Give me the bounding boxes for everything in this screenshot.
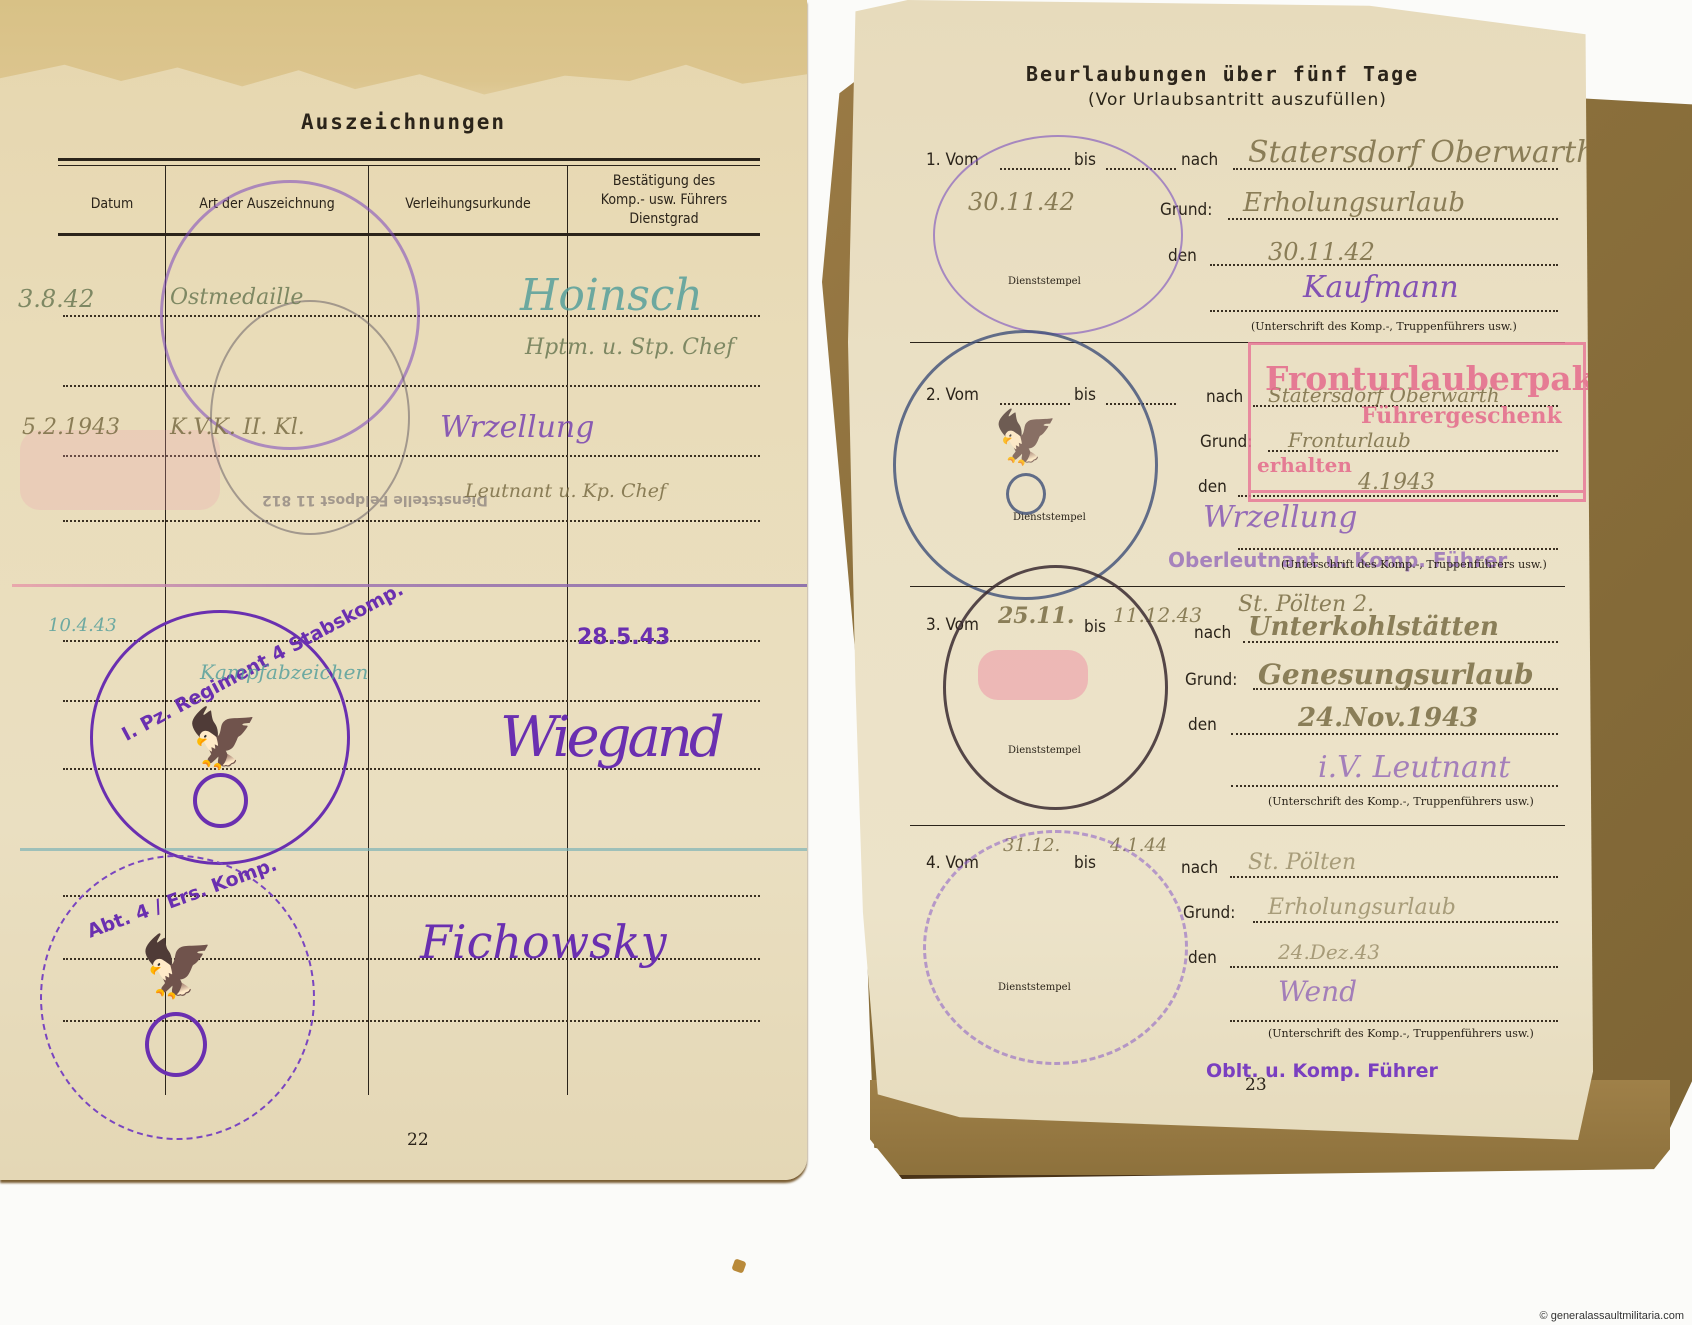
entry-rank: Hptm. u. Stp. Chef <box>525 335 734 360</box>
table-header-rule <box>58 233 760 236</box>
eagle-emblem-icon: 🦅 <box>148 703 298 773</box>
leave-4-grund: Erholungsurlaub <box>1268 895 1456 920</box>
leave-4-den-label: den <box>1188 948 1217 968</box>
leave-1-nach: Statersdorf Oberwarth <box>1248 135 1595 170</box>
wreath-emblem-icon <box>145 1012 207 1077</box>
leave-3-den-label: den <box>1188 715 1217 735</box>
regiment-stamp: I. Pz. Regiment 4 Stabskomp. 🦅 <box>90 610 350 865</box>
leave-2-den-label: den <box>1198 477 1227 497</box>
entry-date: 3.8.42 <box>18 285 94 313</box>
entry-line <box>63 385 760 387</box>
table-top-rule-thin <box>58 165 760 166</box>
leave-1-den: 30.11.42 <box>1268 238 1375 266</box>
signature-line <box>1231 785 1558 787</box>
page-title: Auszeichnungen <box>0 110 807 134</box>
rank-stamp: Oblt. u. Komp. Führer <box>1206 1060 1438 1082</box>
leave-3-grund-label: Grund: <box>1185 670 1237 690</box>
field-line <box>1230 876 1558 878</box>
entry-award: Kampfabzeichen <box>200 660 368 684</box>
entry-rank: Leutnant u. Kp. Chef <box>465 480 666 502</box>
regiment-stamp <box>933 135 1183 335</box>
signature-line <box>1230 1020 1558 1022</box>
signature-caption: (Unterschrift des Komp.-, Truppenführers… <box>1281 558 1547 571</box>
column-header-datum: Datum <box>60 195 164 214</box>
leave-2-signature: Wrzellung <box>1203 500 1357 535</box>
leave-1-grund: Erholungsurlaub <box>1243 188 1465 218</box>
dienststelle-stamp <box>923 830 1188 1065</box>
entry-line <box>63 520 760 522</box>
leave-4-den: 24.Dez.43 <box>1278 940 1380 964</box>
leave-3-nach: Unterkohlstätten <box>1248 612 1499 642</box>
entry-award: Ostmedaille <box>170 285 303 310</box>
fronturlauberpaket-stamp: Fronturlauberpaket Führergeschenk erhalt… <box>1248 342 1586 502</box>
wreath-emblem-icon <box>1006 473 1046 515</box>
leave-3-nach-label: nach <box>1194 623 1231 643</box>
entry-signature: Wrzellung <box>440 410 594 445</box>
leave-3-den: 24.Nov.1943 <box>1298 703 1478 733</box>
entry-signature: Hoinsch <box>520 270 703 321</box>
leave-4-nach-label: nach <box>1181 858 1218 878</box>
leave-1-signature: Kaufmann <box>1303 270 1459 305</box>
eagle-emblem-icon: 🦅 <box>102 927 252 1007</box>
entry-date: 5.2.1943 <box>22 415 120 440</box>
leave-4-grund-label: Grund: <box>1183 903 1235 923</box>
left-page: Auszeichnungen Datum Art der Auszeichnun… <box>0 0 807 1180</box>
paper-crumb <box>731 1258 746 1273</box>
wreath-emblem-icon <box>193 773 248 828</box>
column-header-urkunde: Verleihungsurkunde <box>369 195 567 214</box>
page-number: 22 <box>407 1130 429 1150</box>
right-page: Beurlaubungen über fünf Tage (Vor Urlaub… <box>848 0 1593 1140</box>
leave-2-grund-label: Grund: <box>1200 432 1252 452</box>
field-line <box>1253 921 1558 923</box>
field-line <box>1230 966 1558 968</box>
ink-stain <box>978 650 1088 700</box>
page-title: Beurlaubungen über fünf Tage <box>1026 62 1419 86</box>
leave-1-nach-label: nach <box>1181 150 1218 170</box>
leave-2-nach-label: nach <box>1206 387 1243 407</box>
field-line <box>1228 218 1558 220</box>
leave-4-signature: Wend <box>1278 975 1357 1008</box>
leave-4-nach: St. Pölten <box>1248 850 1356 875</box>
ersatz-komp-stamp: Abt. 4 / Ers. Komp. 🦅 <box>40 855 315 1140</box>
copyright-notice: © generalassaultmilitaria.com <box>1540 1310 1684 1322</box>
page-number: 23 <box>1245 1075 1267 1095</box>
section-divider <box>910 825 1565 826</box>
teal-divider-line <box>20 848 807 851</box>
column-header-bestaetigung: Bestätigung des Komp.- usw. Führers Dien… <box>568 172 760 229</box>
signature-caption: (Unterschrift des Komp.-, Truppenführers… <box>1268 1027 1534 1040</box>
page-subtitle: (Vor Urlaubsantritt auszufüllen) <box>1088 90 1387 110</box>
entry-date: 10.4.43 <box>48 615 117 636</box>
feldpost-stamp: 🦅 <box>893 330 1158 600</box>
entry-award: K.V.K. II. Kl. <box>170 415 305 440</box>
signature-caption: (Unterschrift des Komp.-, Truppenführers… <box>1268 795 1534 808</box>
pink-divider-line <box>12 584 807 587</box>
field-line <box>1210 264 1558 266</box>
ink-stain <box>20 430 220 510</box>
signature-line <box>1210 310 1558 312</box>
eagle-emblem-icon: 🦅 <box>966 403 1086 473</box>
pink-stamp-rule <box>1251 490 1583 493</box>
leave-3-grund: Genesungsurlaub <box>1258 658 1534 691</box>
entry-signature: Wiegand <box>500 705 721 770</box>
table-top-rule <box>58 158 760 161</box>
field-line <box>1231 733 1558 735</box>
signature-caption: (Unterschrift des Komp.-, Truppenführers… <box>1251 320 1517 333</box>
entry-signature: Fichowsky <box>420 915 667 969</box>
leave-3-signature: i.V. Leutnant <box>1318 750 1510 785</box>
certificate-date-stamp: 28.5.43 <box>577 625 670 650</box>
